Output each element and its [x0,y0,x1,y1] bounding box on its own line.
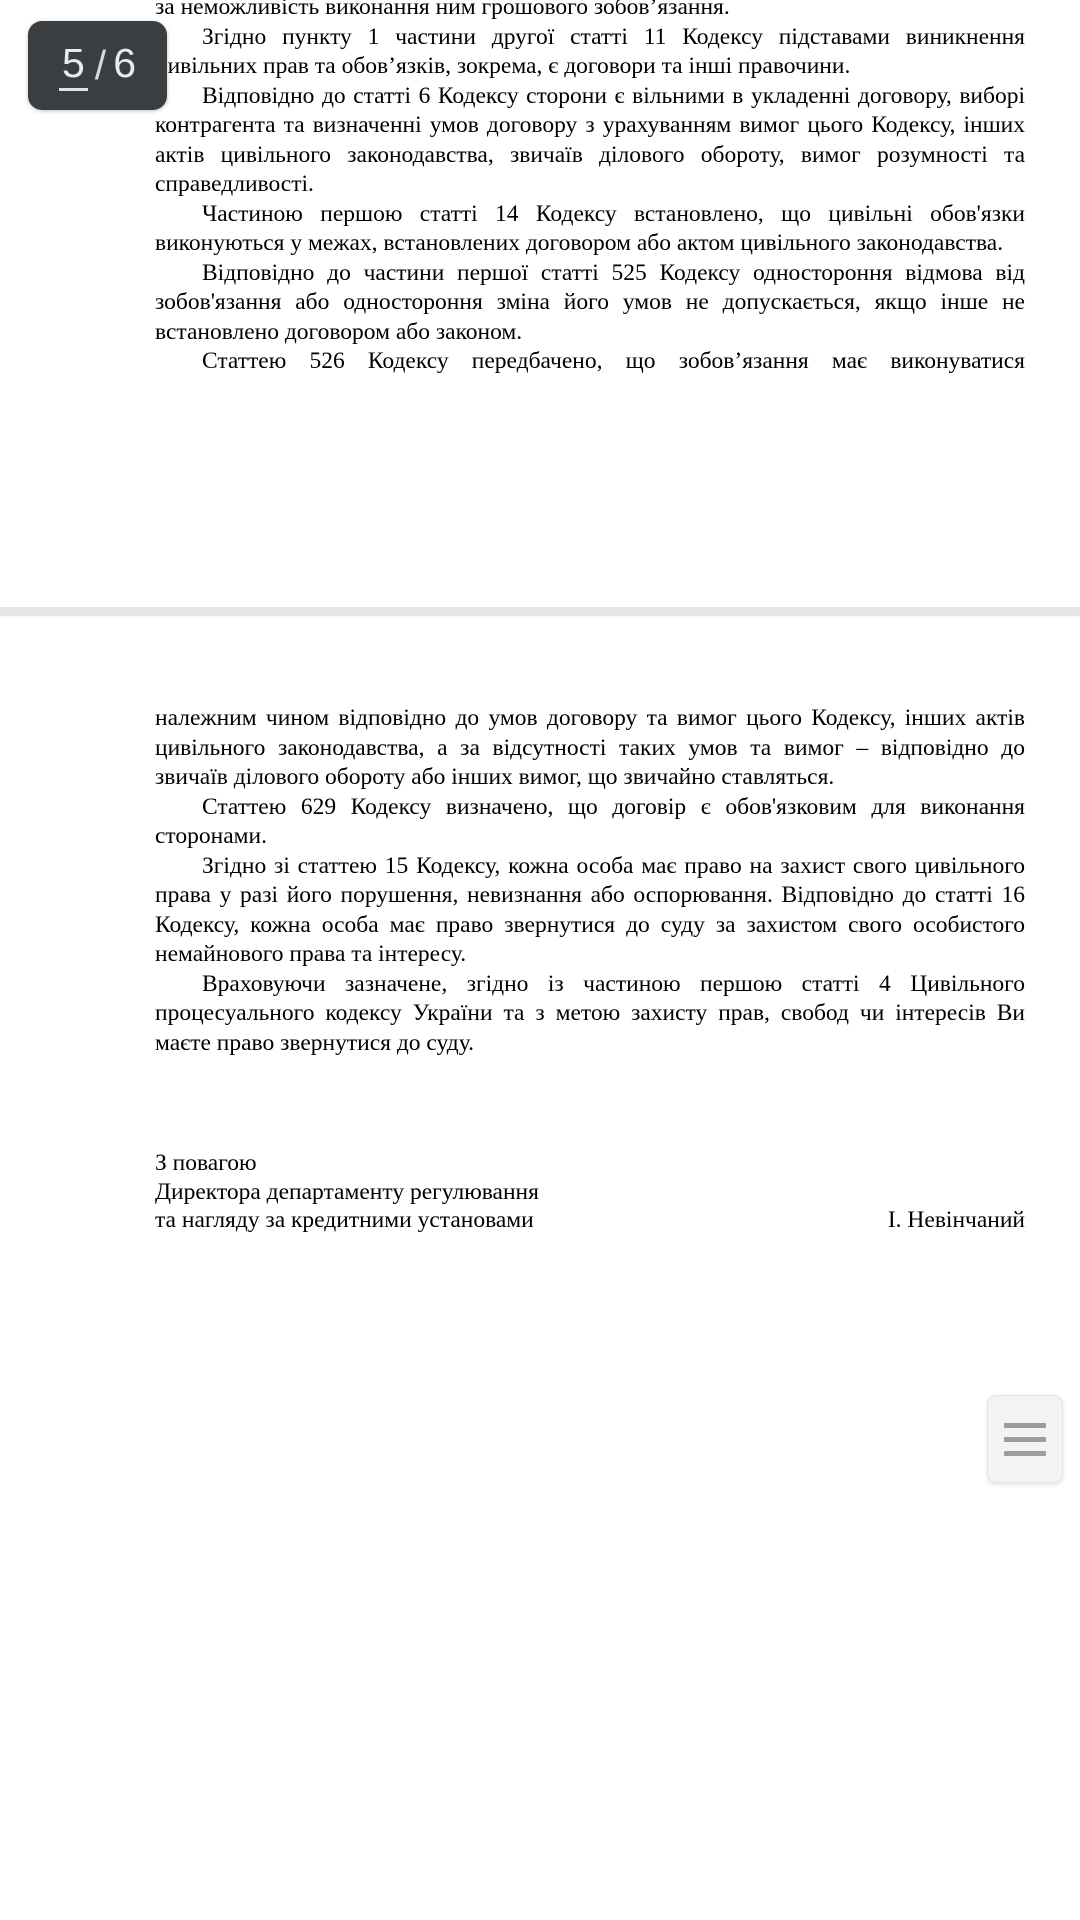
signature-name: І. Невінчаний [888,1206,1025,1235]
signature-salutation: З повагою [155,1149,1025,1178]
paragraph: Згідно зі статтею 15 Кодексу, кожна особ… [155,852,1025,970]
paragraph: Статтею 526 Кодексу передбачено, що зобо… [155,347,1025,377]
menu-button[interactable] [987,1395,1063,1483]
hamburger-icon [1004,1437,1046,1442]
paragraph: за неможливість виконання ним грошового … [155,0,1025,23]
paragraph: Відповідно до статті 6 Кодексу сторони є… [155,82,1025,200]
paragraph: Згідно пункту 1 частини другої статті 11… [155,23,1025,82]
page-indicator-separator: / [95,42,106,89]
paragraph: Враховуючи зазначене, згідно із частиною… [155,970,1025,1059]
paragraph: Статтею 629 Кодексу визначено, що догові… [155,793,1025,852]
signature-title-line2: та нагляду за кредитними установами [155,1206,534,1235]
page-5-text-block: за неможливість виконання ним грошового … [155,0,1025,377]
hamburger-icon [1004,1451,1046,1456]
page-separator [0,607,1080,616]
total-pages-label: 6 [113,40,136,91]
signature-block: З повагою Директора департаменту регулюв… [155,1149,1025,1235]
signature-title-line1: Директора департаменту регулювання [155,1178,1025,1207]
page-6-text-block: належним чином відповідно до умов догово… [155,704,1025,1058]
paragraph: Відповідно до частини першої статті 525 … [155,259,1025,348]
current-page-field[interactable]: 5 [59,40,88,91]
paragraph: належним чином відповідно до умов догово… [155,704,1025,793]
page-indicator-badge[interactable]: 5 / 6 [28,21,167,110]
paragraph: Частиною першою статті 14 Кодексу встано… [155,200,1025,259]
hamburger-icon [1004,1423,1046,1428]
